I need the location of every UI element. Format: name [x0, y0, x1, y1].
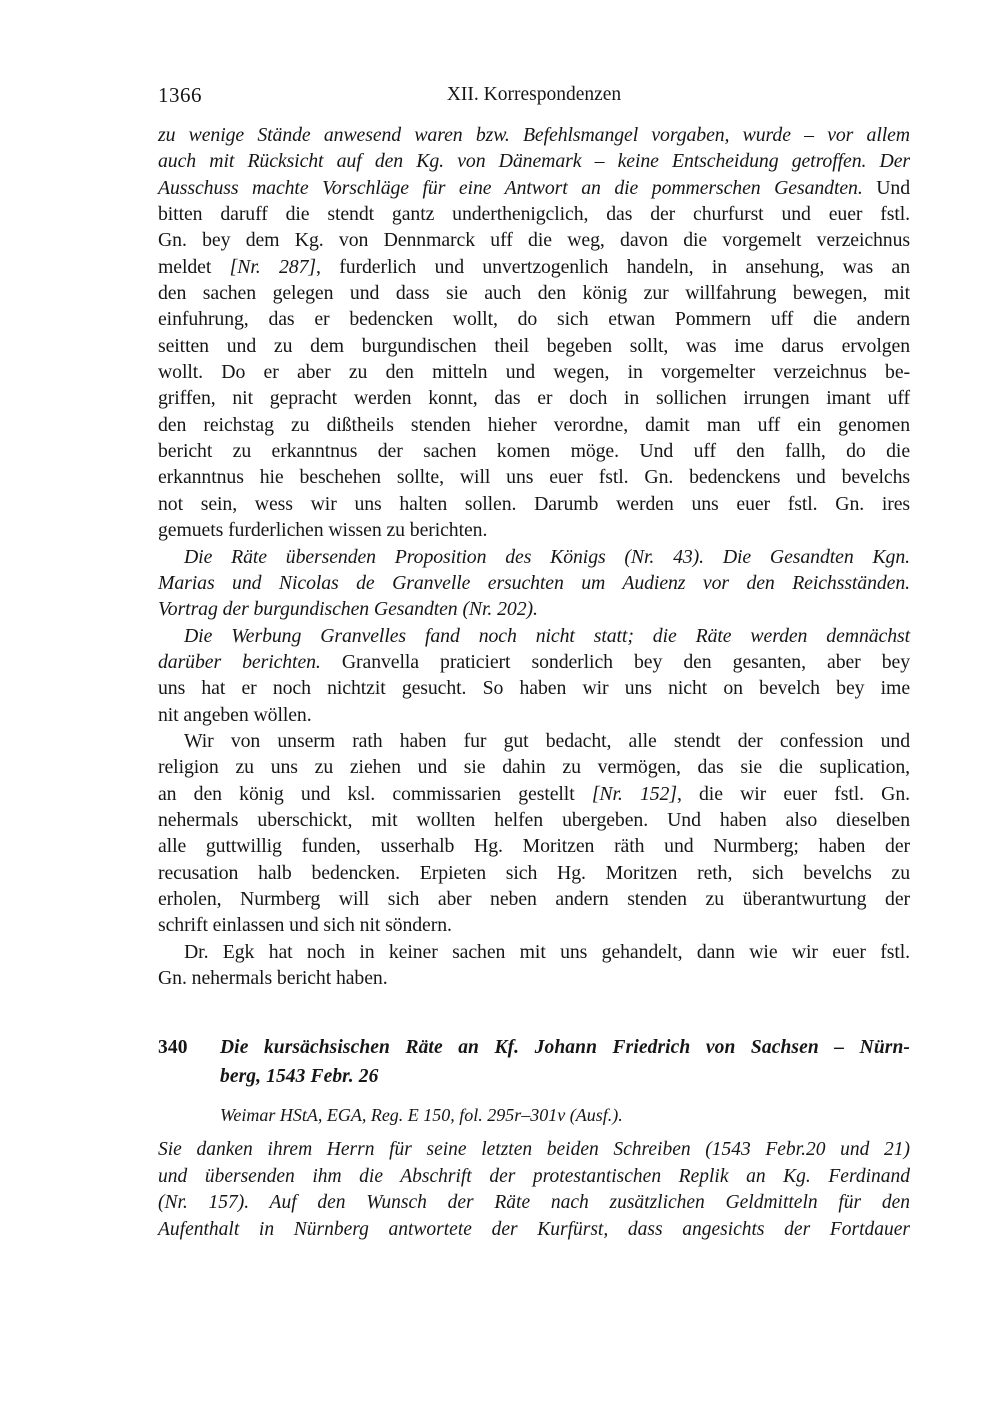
quote-text: bitten daruff die stendt gantz underthen…	[158, 203, 910, 225]
body-line: darüber berichten. Granvella praticiert …	[158, 649, 910, 675]
body-line: gemuets furderlichen wissen zu berichten…	[158, 517, 910, 543]
quote-text: , die wir euer fstl. Gn.	[677, 783, 910, 805]
quote-text: nehermals uberschickt, mit wollten helfe…	[158, 809, 910, 831]
body-line: Gn. nehermals bericht haben.	[158, 965, 910, 991]
body-line: meldet [Nr. 287], furderlich und unvertz…	[158, 254, 910, 280]
quote-text: , furderlich und unvertzogenlich handeln…	[316, 256, 910, 278]
body-line: auch mit Rücksicht auf den Kg. von Dänem…	[158, 148, 910, 174]
quote-text: erkanntnus hie beschehen sollte, will un…	[158, 466, 910, 488]
quote-text: meldet	[158, 256, 230, 278]
summary-line: (Nr. 157). Auf den Wunsch der Räte nach …	[158, 1190, 910, 1217]
regest-text: zu wenige Stände anwesend waren bzw. Bef…	[158, 124, 910, 146]
quote-text: nit angeben wöllen.	[158, 704, 312, 726]
body-line: Gn. bey dem Kg. von Dennmarck uff die we…	[158, 227, 910, 253]
quote-text: gemuets furderlichen wissen zu berichten…	[158, 519, 487, 541]
quote-text: schrift einlassen und sich nit söndern.	[158, 914, 452, 936]
body-line: Vortrag der burgundischen Gesandten (Nr.…	[158, 596, 910, 622]
body-line: den sachen gelegen und dass sie auch den…	[158, 280, 910, 306]
entry-title-line: berg, 1543 Febr. 26	[220, 1062, 910, 1091]
body-line: Ausschuss machte Vorschläge für eine Ant…	[158, 175, 910, 201]
body-line: seitten und zu dem burgundischen theil b…	[158, 333, 910, 359]
entry-number: 340	[158, 1033, 188, 1062]
regest-text: Die Räte übersenden Proposition des Köni…	[184, 546, 910, 568]
quote-text: Gn. bey dem Kg. von Dennmarck uff die we…	[158, 229, 910, 251]
body-line: an den könig und ksl. commissarien geste…	[158, 781, 910, 807]
entry-summary: Sie danken ihrem Herrn für seine letzten…	[158, 1137, 910, 1243]
body-line: Die Räte übersenden Proposition des Köni…	[158, 544, 910, 570]
body-line: uns hat er noch nichtzit gesucht. So hab…	[158, 675, 910, 701]
quote-text: uns hat er noch nichtzit gesucht. So hab…	[158, 677, 910, 699]
body-line: den reichstag zu dißtheils stenden hiehe…	[158, 412, 910, 438]
summary-line: und übersenden ihm die Abschrift der pro…	[158, 1164, 910, 1191]
quote-text: Wir von unserm rath haben fur gut bedach…	[184, 730, 910, 752]
body-line: wollt. Do er aber zu den mitteln und weg…	[158, 359, 910, 385]
quote-text: Granvella praticiert sonderlich bey den …	[321, 651, 910, 673]
book-page: 1366 XII. Korrespondenzen zu wenige Stän…	[0, 0, 1004, 1418]
quote-text: wollt. Do er aber zu den mitteln und weg…	[158, 361, 910, 383]
body-line: griffen, nit gepracht werden konnt, das …	[158, 385, 910, 411]
body-line: einfuhrung, das er bedencken wollt, do s…	[158, 306, 910, 332]
body-line: schrift einlassen und sich nit söndern.	[158, 912, 910, 938]
quote-text: not sein, wess wir uns halten sollen. Da…	[158, 493, 910, 515]
quote-text: griffen, nit gepracht werden konnt, das …	[158, 387, 910, 409]
quote-text: den sachen gelegen und dass sie auch den…	[158, 282, 910, 304]
quote-text: Gn. nehermals bericht haben.	[158, 967, 388, 989]
regest-text: [Nr. 287]	[230, 256, 316, 278]
body-line: erkanntnus hie beschehen sollte, will un…	[158, 464, 910, 490]
body-line: religion zu uns zu ziehen und sie dahin …	[158, 754, 910, 780]
quote-text: an den könig und ksl. commissarien geste…	[158, 783, 592, 805]
regest-text: [Nr. 152]	[592, 783, 677, 805]
body-line: Marias und Nicolas de Granvelle ersuchte…	[158, 570, 910, 596]
quote-text: bericht zu erkanntnus der sachen komen m…	[158, 440, 910, 462]
body-line: alle guttwillig funden, usserhalb Hg. Mo…	[158, 833, 910, 859]
regest-text: Marias und Nicolas de Granvelle ersuchte…	[158, 572, 910, 594]
summary-line: Sie danken ihrem Herrn für seine letzten…	[158, 1137, 910, 1164]
body-line: Die Werbung Granvelles fand noch nicht s…	[158, 623, 910, 649]
entry-title-line: Die kursächsischen Räte an Kf. Johann Fr…	[220, 1033, 910, 1062]
quote-text: religion zu uns zu ziehen und sie dahin …	[158, 756, 910, 778]
regest-text: Die Werbung Granvelles fand noch nicht s…	[184, 625, 910, 647]
quote-text: erholen, Nurmberg will sich aber neben a…	[158, 888, 910, 910]
body-line: Wir von unserm rath haben fur gut bedach…	[158, 728, 910, 754]
page-header: 1366 XII. Korrespondenzen	[158, 83, 910, 109]
quote-text: seitten und zu dem burgundischen theil b…	[158, 335, 910, 357]
summary-line: Aufenthalt in Nürnberg antwortete der Ku…	[158, 1217, 910, 1244]
body-line: Dr. Egk hat noch in keiner sachen mit un…	[158, 939, 910, 965]
body-line: zu wenige Stände anwesend waren bzw. Bef…	[158, 122, 910, 148]
body-line: erholen, Nurmberg will sich aber neben a…	[158, 886, 910, 912]
running-title: XII. Korrespondenzen	[158, 84, 910, 106]
quote-text: den reichstag zu dißtheils stenden hiehe…	[158, 414, 910, 436]
regest-text: auch mit Rücksicht auf den Kg. von Dänem…	[158, 150, 910, 172]
entry-heading: 340 Die kursächsischen Räte an Kf. Johan…	[158, 1033, 910, 1091]
body-line: recusation halb bedencken. Erpieten sich…	[158, 860, 910, 886]
regest-text: Ausschuss machte Vorschläge für eine Ant…	[158, 177, 863, 199]
regest-text: Vortrag der burgundischen Gesandten (Nr.…	[158, 598, 538, 620]
quote-text: alle guttwillig funden, usserhalb Hg. Mo…	[158, 835, 910, 857]
regest-text: darüber berichten.	[158, 651, 321, 673]
entry-source-line: Weimar HStA, EGA, Reg. E 150, fol. 295r–…	[220, 1105, 910, 1126]
quote-text: recusation halb bedencken. Erpieten sich…	[158, 862, 910, 884]
quote-text: Und	[863, 177, 910, 199]
quote-text: einfuhrung, das er bedencken wollt, do s…	[158, 308, 910, 330]
letter-body: zu wenige Stände anwesend waren bzw. Bef…	[158, 122, 910, 991]
body-line: nehermals uberschickt, mit wollten helfe…	[158, 807, 910, 833]
entry-title: Die kursächsischen Räte an Kf. Johann Fr…	[220, 1033, 910, 1091]
body-line: bitten daruff die stendt gantz underthen…	[158, 201, 910, 227]
quote-text: Dr. Egk hat noch in keiner sachen mit un…	[184, 941, 910, 963]
body-line: bericht zu erkanntnus der sachen komen m…	[158, 438, 910, 464]
body-line: not sein, wess wir uns halten sollen. Da…	[158, 491, 910, 517]
body-line: nit angeben wöllen.	[158, 702, 910, 728]
